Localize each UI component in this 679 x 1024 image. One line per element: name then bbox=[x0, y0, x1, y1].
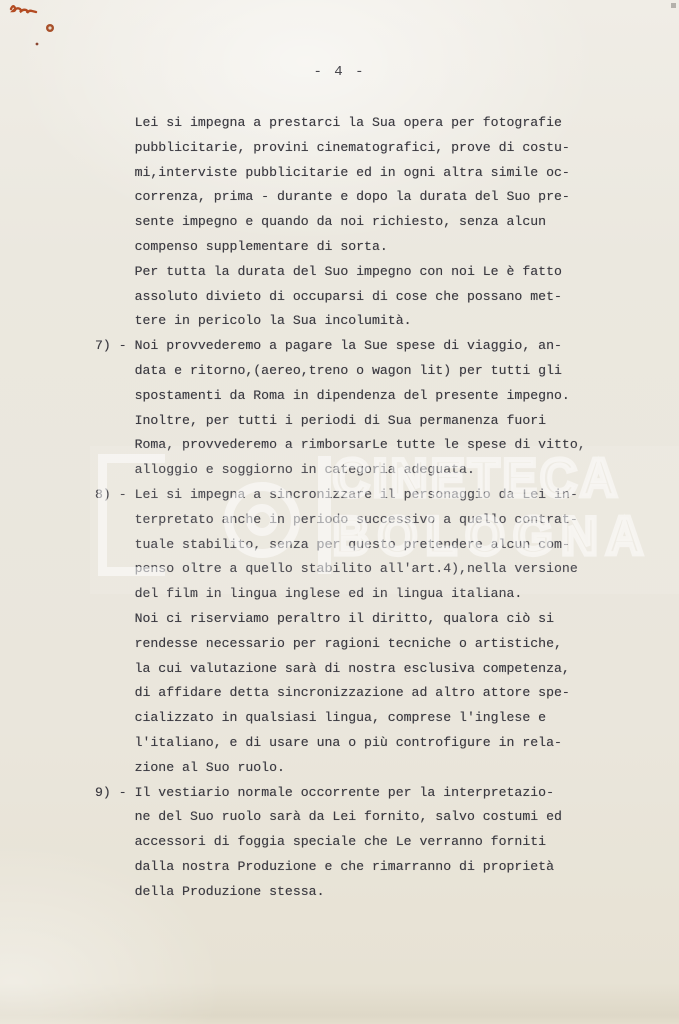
text-line: di affidare detta sincronizzazione ad al… bbox=[95, 681, 679, 706]
text-line: della Produzione stessa. bbox=[95, 880, 679, 905]
text-line: data e ritorno,(aereo,treno o wagon lit)… bbox=[95, 359, 679, 384]
text-line: zione al Suo ruolo. bbox=[95, 756, 679, 781]
text-line: spostamenti da Roma in dipendenza del pr… bbox=[95, 384, 679, 409]
text-line: del film in lingua inglese ed in lingua … bbox=[95, 582, 679, 607]
text-line: 7) - Noi provvederemo a pagare la Sue sp… bbox=[95, 334, 679, 359]
text-line: Inoltre, per tutti i periodi di Sua perm… bbox=[95, 409, 679, 434]
scan-corner-speck bbox=[671, 3, 676, 8]
text-line: tuale stabilito, senza per questo preten… bbox=[95, 533, 679, 558]
red-speck-mark bbox=[36, 43, 39, 46]
text-line: terpretato anche in periodo successivo a… bbox=[95, 508, 679, 533]
text-line: penso oltre a quello stabilito all'art.4… bbox=[95, 557, 679, 582]
red-ink-marks bbox=[0, 0, 90, 60]
text-line: pubblicitarie, provini cinematografici, … bbox=[95, 136, 679, 161]
text-line: correnza, prima - durante e dopo la dura… bbox=[95, 185, 679, 210]
text-line: l'italiano, e di usare una o più controf… bbox=[95, 731, 679, 756]
document-lines: Lei si impegna a prestarci la Sua opera … bbox=[0, 111, 679, 905]
text-line: tere in pericolo la Sua incolumità. bbox=[95, 309, 679, 334]
text-line: assoluto divieto di occuparsi di cose ch… bbox=[95, 285, 679, 310]
text-line: sente impegno e quando da noi richiesto,… bbox=[95, 210, 679, 235]
text-line: mi,interviste pubblicitarie ed in ogni a… bbox=[95, 161, 679, 186]
text-line: la cui valutazione sarà di nostra esclus… bbox=[95, 657, 679, 682]
scanned-document-page: - 4 - Lei si impegna a prestarci la Sua … bbox=[0, 0, 679, 1024]
text-line: accessori di foggia speciale che Le verr… bbox=[95, 830, 679, 855]
text-line: dalla nostra Produzione e che rimarranno… bbox=[95, 855, 679, 880]
text-line: ne del Suo ruolo sarà da Lei fornito, sa… bbox=[95, 805, 679, 830]
page-number: - 4 - bbox=[0, 64, 679, 80]
text-line: rendesse necessario per ragioni tecniche… bbox=[95, 632, 679, 657]
text-line: 9) - Il vestiario normale occorrente per… bbox=[95, 781, 679, 806]
text-line: Roma, provvederemo a rimborsarLe tutte l… bbox=[95, 433, 679, 458]
text-line: compenso supplementare di sorta. bbox=[95, 235, 679, 260]
red-scribble-mark bbox=[11, 6, 36, 13]
red-dot-center bbox=[48, 26, 51, 29]
text-line: alloggio e soggiorno in categoria adegua… bbox=[95, 458, 679, 483]
text-line: cializzato in qualsiasi lingua, comprese… bbox=[95, 706, 679, 731]
text-line: Noi ci riserviamo peraltro il diritto, q… bbox=[95, 607, 679, 632]
text-line: Lei si impegna a prestarci la Sua opera … bbox=[95, 111, 679, 136]
text-line: 8) - Lei si impegna a sincronizzare il p… bbox=[95, 483, 679, 508]
text-line: Per tutta la durata del Suo impegno con … bbox=[95, 260, 679, 285]
